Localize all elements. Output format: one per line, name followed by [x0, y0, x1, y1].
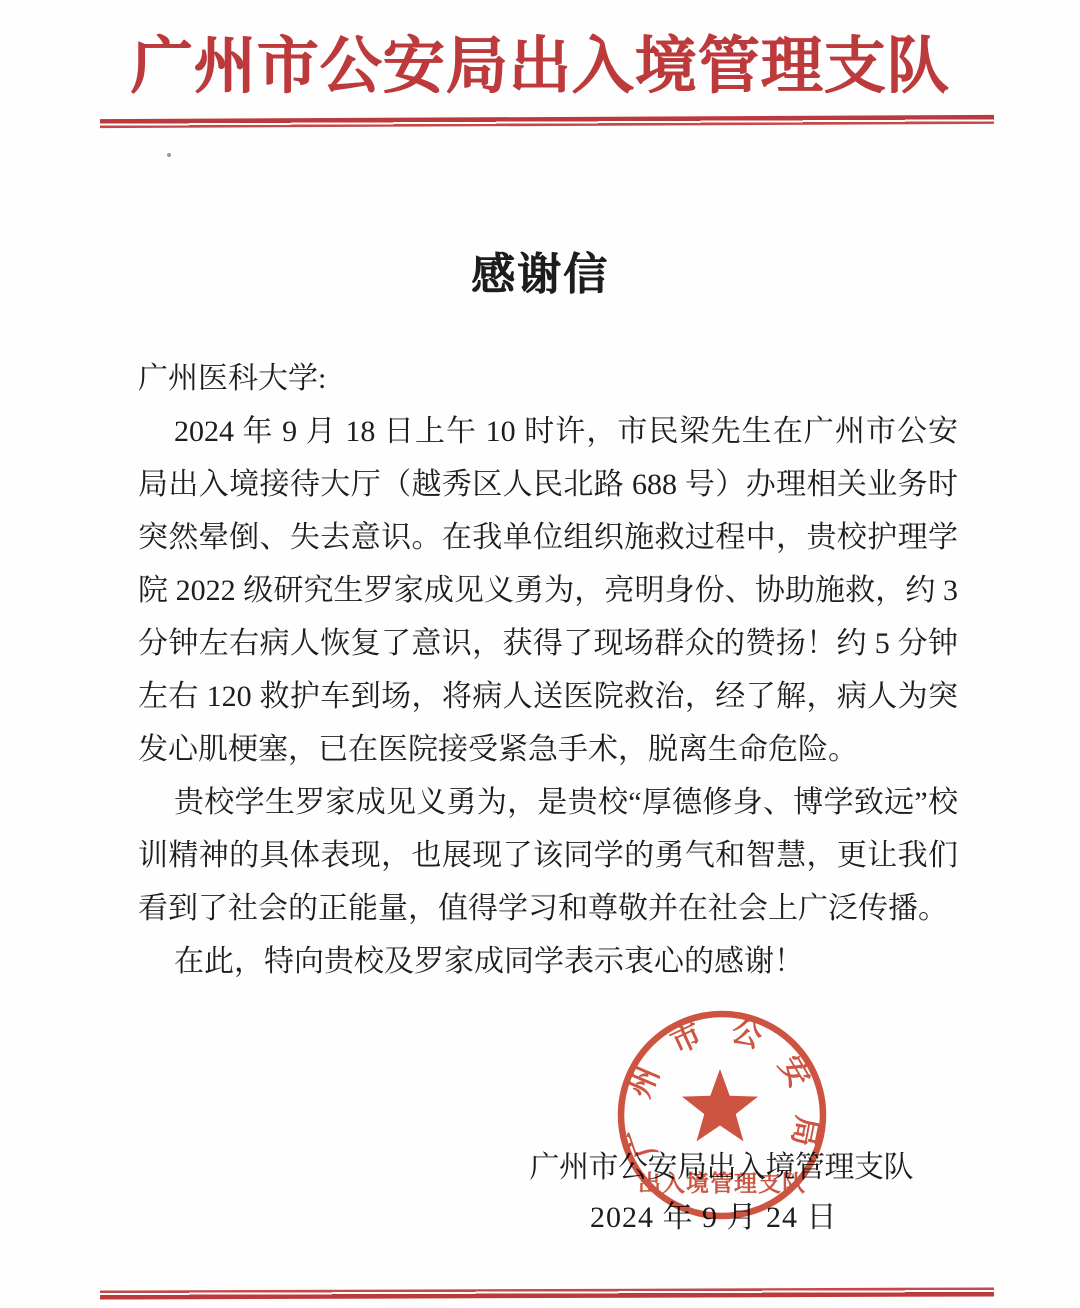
letter-page: 广州市公安局出入境管理支队 感谢信 广州医科大学: 2024 年 9 月 18 …: [0, 0, 1080, 1308]
seal-arc-char: 州: [624, 1062, 666, 1103]
letterhead-org-name: 广州市公安局出入境管理支队: [0, 16, 1080, 105]
seal-arc-char: 安: [772, 1050, 816, 1093]
seal-arc-text: 广州市公安局: [622, 1015, 823, 1162]
salutation: 广州医科大学:: [138, 352, 958, 405]
signature-date: 2024 年 9 月 24 日: [590, 1192, 838, 1236]
footer-divider: [100, 1287, 994, 1299]
seal-star-icon: [682, 1069, 758, 1141]
paragraph: 2024 年 9 月 18 日上午 10 时许，市民梁先生在广州市公安局出入境接…: [138, 405, 958, 776]
letterhead-divider: [100, 115, 994, 128]
scan-artifact-dot: [167, 153, 171, 157]
seal-arc-char: 公: [727, 1015, 765, 1055]
seal-arc-char: 市: [666, 1018, 707, 1061]
paragraph: 在此，特向贵校及罗家成同学表示衷心的感谢！: [138, 935, 958, 988]
letter-title: 感谢信: [0, 238, 1080, 302]
paragraph: 贵校学生罗家成见义勇为，是贵校“厚德修身、博学致远”校训精神的具体表现，也展现了…: [138, 776, 958, 935]
signature-org: 广州市公安局出入境管理支队: [530, 1142, 914, 1186]
letter-body: 广州医科大学: 2024 年 9 月 18 日上午 10 时许，市民梁先生在广州…: [138, 352, 958, 988]
